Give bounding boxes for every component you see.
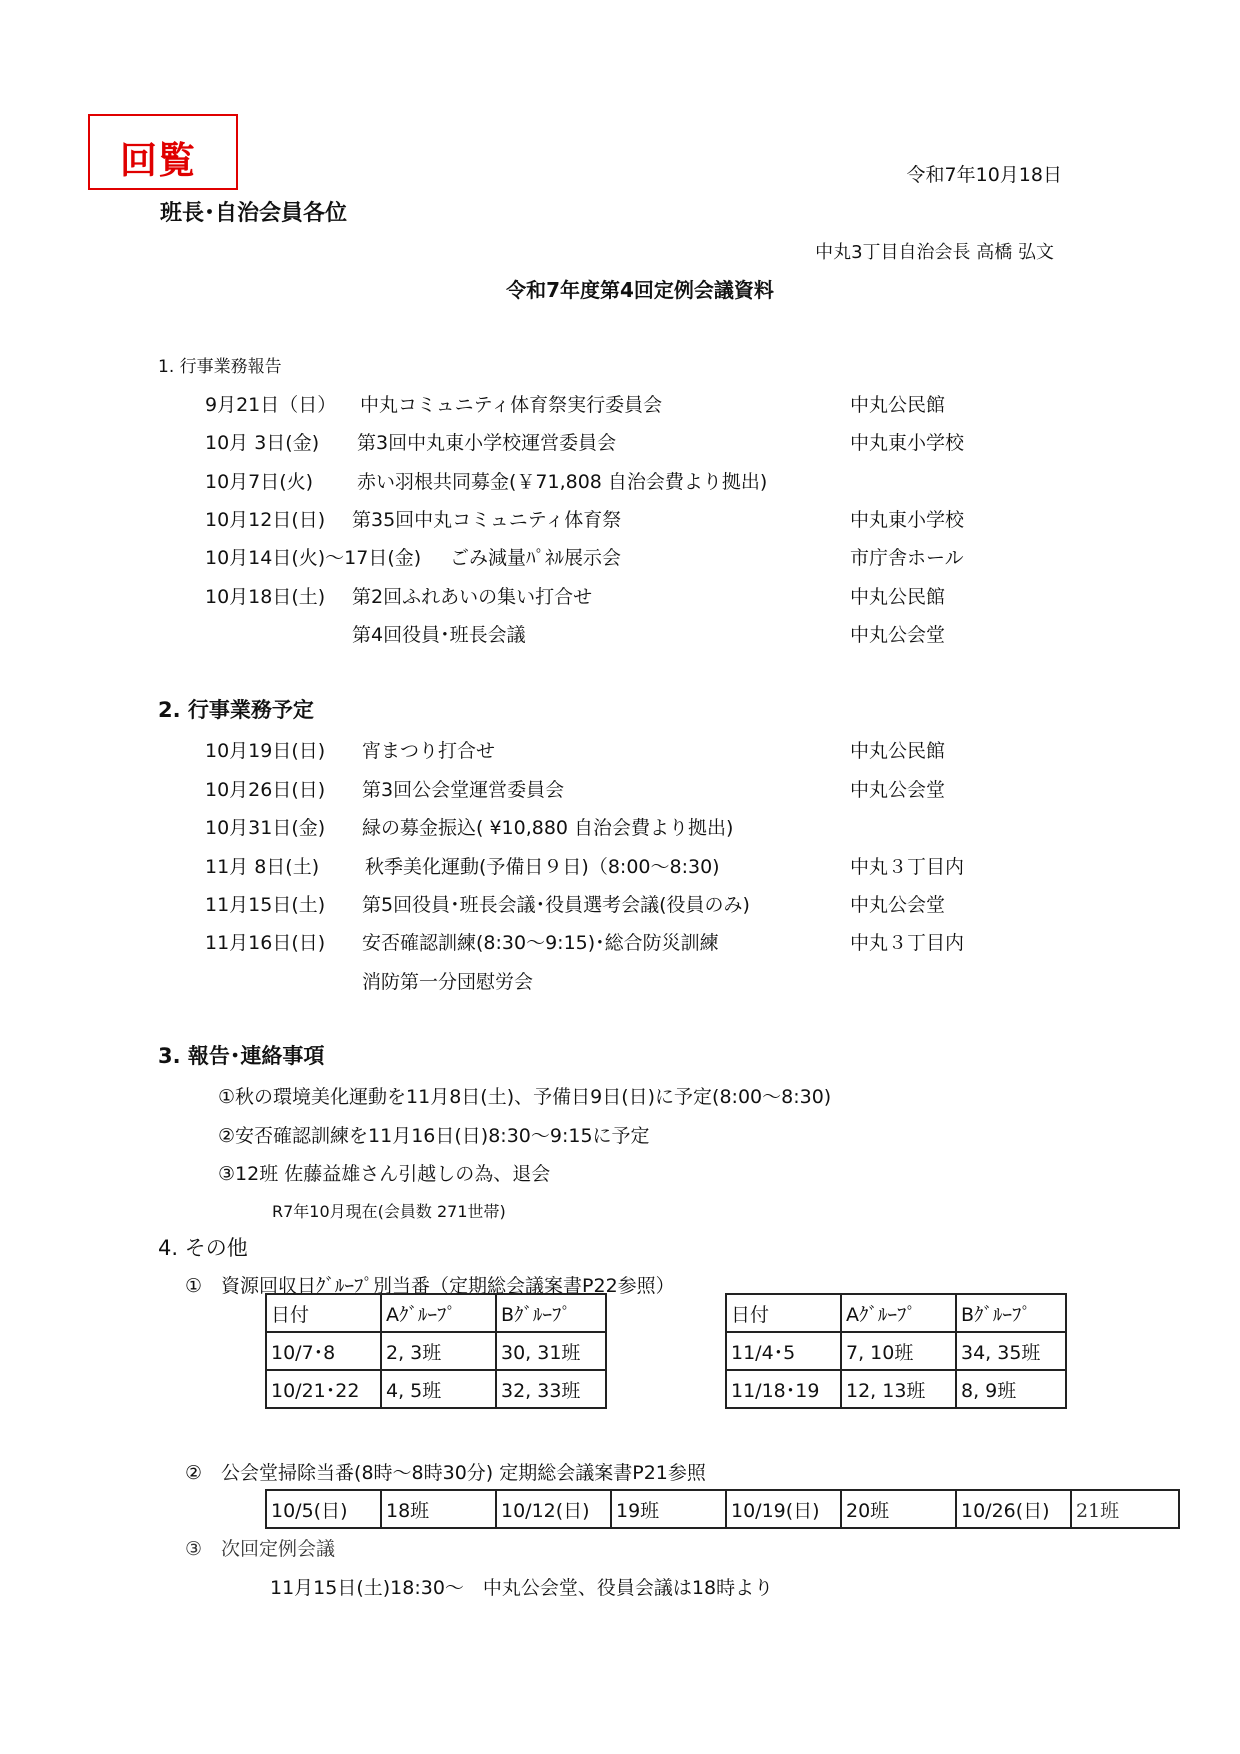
list-item: 11月16日(日) 安否確認訓練(8:30～9:15)･総合防災訓練 中丸３丁目… — [205, 928, 1005, 952]
item-event: 第4回役員･班長会議 — [352, 620, 526, 647]
header-group-b: Bｸﾞﾙｰﾌﾟ — [956, 1294, 1066, 1332]
next-meeting-detail: 11月15日(土)18:30～ 中丸公会堂、役員会議は18時より — [270, 1573, 773, 1600]
member-count-note: R7年10月現在(会員数 271世帯) — [272, 1199, 506, 1222]
item-date: 11月16日(日) — [205, 928, 325, 955]
table-header-row: 日付 Aｸﾞﾙｰﾌﾟ Bｸﾞﾙｰﾌﾟ — [726, 1294, 1066, 1332]
next-meeting-label: ③ 次回定例会議 — [185, 1534, 335, 1561]
cell-date: 10/7･8 — [266, 1332, 381, 1370]
item-date: 10月26日(日) — [205, 775, 325, 802]
notice-item: ①秋の環境美化運動を11月8日(土)、予備日9日(日)に予定(8:00～8:30… — [218, 1082, 831, 1109]
cell-group-a: 7, 10班 — [841, 1332, 956, 1370]
item-event: 第5回役員･班長会議･役員選考会議(役員のみ) — [362, 890, 750, 917]
table-row: 10/21･22 4, 5班 32, 33班 — [266, 1370, 606, 1408]
list-item: 第4回役員･班長会議 中丸公会堂 — [205, 620, 1005, 644]
author: 中丸3丁目自治会長 高橋 弘文 — [815, 238, 1054, 264]
list-item: 10月7日(火) 赤い羽根共同募金(￥71,808 自治会費より拠出) — [205, 467, 1005, 491]
table-header-row: 日付 Aｸﾞﾙｰﾌﾟ Bｸﾞﾙｰﾌﾟ — [266, 1294, 606, 1332]
header-group-a: Aｸﾞﾙｰﾌﾟ — [381, 1294, 496, 1332]
section3-heading: 3. 報告･連絡事項 — [158, 1040, 324, 1070]
list-item: 10月18日(土) 第2回ふれあいの集い打合せ 中丸公民館 — [205, 582, 1005, 606]
item-event: 消防第一分団慰労会 — [362, 967, 533, 994]
item-date: 10月18日(土) — [205, 582, 325, 609]
item-place: 中丸東小学校 — [850, 505, 964, 532]
cell-group: 21班 — [1071, 1490, 1179, 1528]
cell-group: 19班 — [611, 1490, 726, 1528]
item-date: 10月7日(火) — [205, 467, 313, 494]
table-row: 11/4･5 7, 10班 34, 35班 — [726, 1332, 1066, 1370]
notice-item: ③12班 佐藤益雄さん引越しの為、退会 — [218, 1159, 550, 1186]
stamp-label: 回覧 — [120, 130, 196, 184]
cell-group-a: 2, 3班 — [381, 1332, 496, 1370]
header-group-b: Bｸﾞﾙｰﾌﾟ — [496, 1294, 606, 1332]
item-date: 10月12日(日) — [205, 505, 325, 532]
list-item: 10月 3日(金) 第3回中丸東小学校運営委員会 中丸東小学校 — [205, 428, 1005, 452]
list-item: 消防第一分団慰労会 — [205, 967, 1005, 991]
list-item: 10月19日(日) 宵まつり打合せ 中丸公民館 — [205, 736, 1005, 760]
item-place: 中丸東小学校 — [850, 428, 964, 455]
cell-group: 20班 — [841, 1490, 956, 1528]
item-event: ごみ減量ﾊﾟﾈﾙ展示会 — [450, 543, 621, 570]
table-row: 11/18･19 12, 13班 8, 9班 — [726, 1370, 1066, 1408]
section4-heading: 4. その他 — [158, 1232, 248, 1262]
cell-group-b: 32, 33班 — [496, 1370, 606, 1408]
recycling-table-right: 日付 Aｸﾞﾙｰﾌﾟ Bｸﾞﾙｰﾌﾟ 11/4･5 7, 10班 34, 35班… — [725, 1293, 1067, 1409]
list-item: 10月14日(火)～17日(金) ごみ減量ﾊﾟﾈﾙ展示会 市庁舎ホール — [205, 543, 1005, 567]
list-item: 10月12日(日) 第35回中丸コミュニティ体育祭 中丸東小学校 — [205, 505, 1005, 529]
item-place: 中丸公民館 — [850, 582, 945, 609]
table-row: 10/7･8 2, 3班 30, 31班 — [266, 1332, 606, 1370]
item-place: 市庁舎ホール — [850, 543, 964, 570]
item-date: 11月15日(土) — [205, 890, 325, 917]
hall-cleaning-label: ② 公会堂掃除当番(8時～8時30分) 定期総会議案書P21参照 — [185, 1458, 706, 1485]
item-place: 中丸公会堂 — [850, 775, 945, 802]
cell-date: 10/19(日) — [726, 1490, 841, 1528]
list-item: 10月31日(金) 緑の募金振込( ¥10,880 自治会費より拠出) — [205, 813, 1005, 837]
cell-date: 11/4･5 — [726, 1332, 841, 1370]
item-place: 中丸公会堂 — [850, 620, 945, 647]
document-title: 令和7年度第4回定例会議資料 — [0, 274, 1240, 303]
item-event: 秋季美化運動(予備日９日)（8:00～8:30) — [365, 852, 720, 879]
item-place: 中丸公会堂 — [850, 890, 945, 917]
header-date: 日付 — [266, 1294, 381, 1332]
section2-heading: 2. 行事業務予定 — [158, 694, 314, 724]
item-date: 10月19日(日) — [205, 736, 325, 763]
circulation-stamp: 回覧 — [88, 114, 238, 190]
item-event: 中丸コミュニティ体育祭実行委員会 — [360, 390, 662, 417]
cell-group: 18班 — [381, 1490, 496, 1528]
item-place: 中丸３丁目内 — [850, 928, 964, 955]
cell-date: 10/5(日) — [266, 1490, 381, 1528]
item-date: 9月21日（日） — [205, 390, 336, 417]
table-row: 10/5(日) 18班 10/12(日) 19班 10/19(日) 20班 10… — [266, 1490, 1179, 1528]
cell-group-b: 30, 31班 — [496, 1332, 606, 1370]
item-event: 第3回公会堂運営委員会 — [362, 775, 564, 802]
cell-date: 10/21･22 — [266, 1370, 381, 1408]
header-date: 日付 — [726, 1294, 841, 1332]
list-item: 11月 8日(土) 秋季美化運動(予備日９日)（8:00～8:30) 中丸３丁目… — [205, 852, 1005, 876]
cell-group-b: 8, 9班 — [956, 1370, 1066, 1408]
item-date: 10月31日(金) — [205, 813, 325, 840]
cell-date: 11/18･19 — [726, 1370, 841, 1408]
cell-date: 10/12(日) — [496, 1490, 611, 1528]
document-date: 令和7年10月18日 — [907, 160, 1062, 187]
item-event: 宵まつり打合せ — [362, 736, 495, 763]
hall-cleaning-table: 10/5(日) 18班 10/12(日) 19班 10/19(日) 20班 10… — [265, 1489, 1180, 1529]
item-event: 安否確認訓練(8:30～9:15)･総合防災訓練 — [362, 928, 719, 955]
item-event: 赤い羽根共同募金(￥71,808 自治会費より拠出) — [357, 467, 767, 494]
item-date: 10月14日(火)～17日(金) — [205, 543, 421, 570]
recycling-table-left: 日付 Aｸﾞﾙｰﾌﾟ Bｸﾞﾙｰﾌﾟ 10/7･8 2, 3班 30, 31班 … — [265, 1293, 607, 1409]
item-event: 第3回中丸東小学校運営委員会 — [357, 428, 616, 455]
header-group-a: Aｸﾞﾙｰﾌﾟ — [841, 1294, 956, 1332]
cell-group-b: 34, 35班 — [956, 1332, 1066, 1370]
item-date: 10月 3日(金) — [205, 428, 319, 455]
item-event: 第2回ふれあいの集い打合せ — [352, 582, 592, 609]
cell-group-a: 12, 13班 — [841, 1370, 956, 1408]
list-item: 10月26日(日) 第3回公会堂運営委員会 中丸公会堂 — [205, 775, 1005, 799]
addressee: 班長･自治会員各位 — [160, 196, 347, 227]
item-place: 中丸公民館 — [850, 390, 945, 417]
item-event: 緑の募金振込( ¥10,880 自治会費より拠出) — [362, 813, 733, 840]
item-event: 第35回中丸コミュニティ体育祭 — [352, 505, 621, 532]
section1-heading: 1. 行事業務報告 — [158, 352, 282, 377]
item-place: 中丸公民館 — [850, 736, 945, 763]
item-place: 中丸３丁目内 — [850, 852, 964, 879]
cell-date: 10/26(日) — [956, 1490, 1071, 1528]
cell-group-a: 4, 5班 — [381, 1370, 496, 1408]
item-date: 11月 8日(土) — [205, 852, 319, 879]
list-item: 9月21日（日） 中丸コミュニティ体育祭実行委員会 中丸公民館 — [205, 390, 1005, 414]
list-item: 11月15日(土) 第5回役員･班長会議･役員選考会議(役員のみ) 中丸公会堂 — [205, 890, 1005, 914]
notice-item: ②安否確認訓練を11月16日(日)8:30～9:15に予定 — [218, 1121, 650, 1148]
